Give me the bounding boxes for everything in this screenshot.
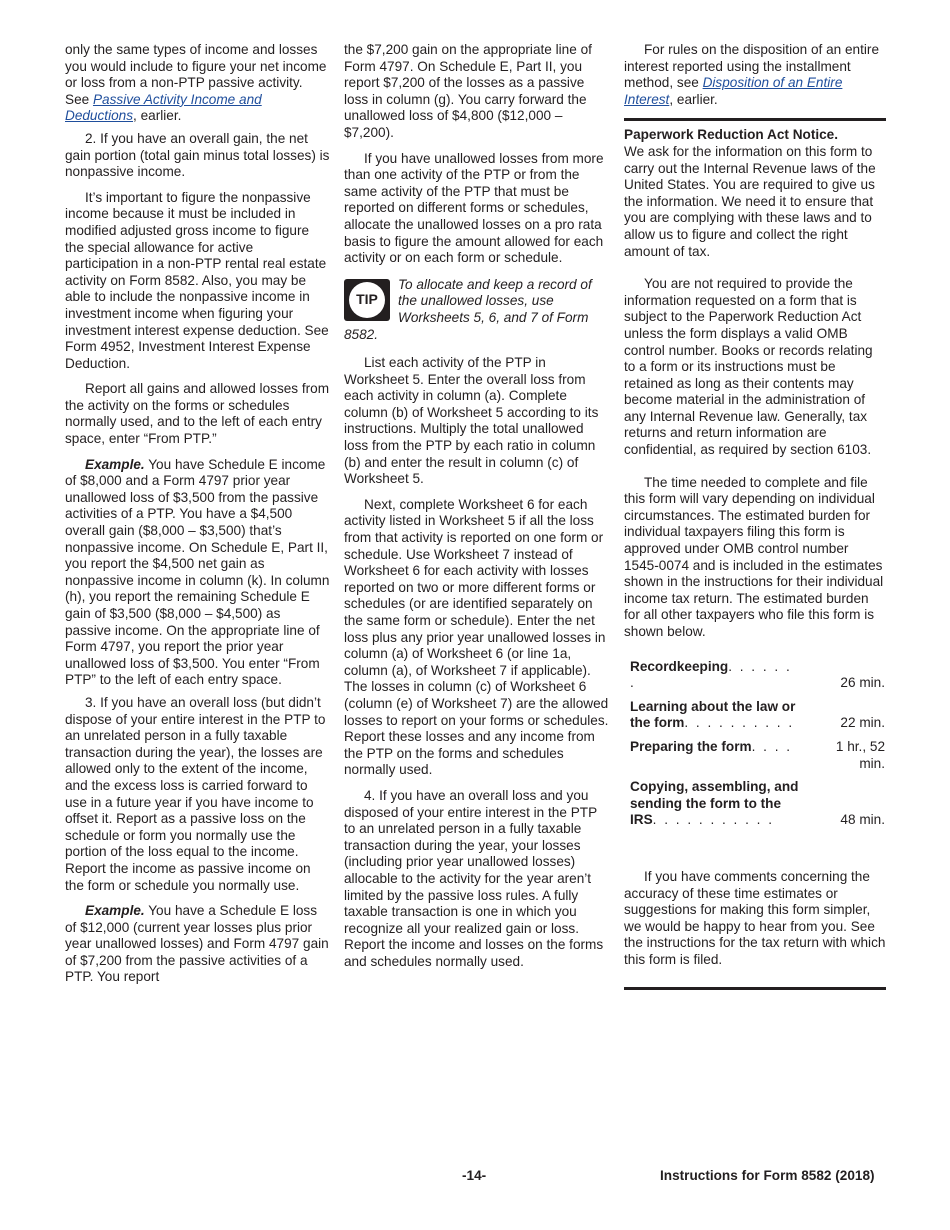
burden-table: Recordkeeping. . . . . . . 26 min. Learn…: [630, 659, 885, 829]
paragraph-item-2: 2. If you have an overall gain, the net …: [65, 131, 330, 181]
paragraph: You are not required to provide the info…: [624, 276, 886, 459]
burden-row: Recordkeeping. . . . . . . 26 min.: [630, 659, 885, 692]
paragraph-item-4: 4. If you have an overall loss and you d…: [344, 788, 609, 971]
column-3: For rules on the disposition of an entir…: [624, 42, 886, 990]
paragraph: Report all gains and allowed losses from…: [65, 381, 330, 447]
column-1: only the same types of income and losses…: [65, 42, 330, 992]
paragraph-item-3: 3. If you have an overall loss (but didn…: [65, 695, 330, 894]
example-paragraph: Example. You have a Schedule E loss of $…: [65, 903, 330, 986]
paragraph: If you have unallowed losses from more t…: [344, 151, 609, 267]
burden-row: Learning about the law or the form. . . …: [630, 699, 885, 732]
burden-row: Copying, assembling, and sending the for…: [630, 779, 885, 829]
example-paragraph: Example. You have Schedule E income of $…: [65, 457, 330, 689]
page-number: -14-: [462, 1168, 486, 1183]
example-label: Example.: [85, 903, 145, 918]
end-divider: [624, 987, 886, 990]
paragraph: If you have comments concerning the accu…: [624, 869, 886, 969]
burden-row: Preparing the form. . . . 1 hr., 52 min.: [630, 739, 885, 772]
tip-icon: TIP: [344, 279, 390, 321]
paragraph: Next, complete Worksheet 6 for each acti…: [344, 497, 609, 779]
tip-box: TIP To allocate and keep a record of the…: [344, 277, 609, 343]
paragraph: only the same types of income and losses…: [65, 42, 330, 125]
paragraph: It’s important to figure the nonpassive …: [65, 190, 330, 373]
paragraph: the $7,200 gain on the appropriate line …: [344, 42, 609, 142]
column-2: the $7,200 gain on the appropriate line …: [344, 42, 609, 976]
document-title: Instructions for Form 8582 (2018): [660, 1168, 875, 1183]
section-divider: [624, 118, 886, 121]
paragraph: The time needed to complete and file thi…: [624, 475, 886, 641]
section-heading: Paperwork Reduction Act Notice.: [624, 127, 838, 142]
paragraph: For rules on the disposition of an entir…: [624, 42, 886, 108]
paragraph: List each activity of the PTP in Workshe…: [344, 355, 609, 488]
paperwork-notice: Paperwork Reduction Act Notice.We ask fo…: [624, 127, 886, 260]
example-label: Example.: [85, 457, 145, 472]
